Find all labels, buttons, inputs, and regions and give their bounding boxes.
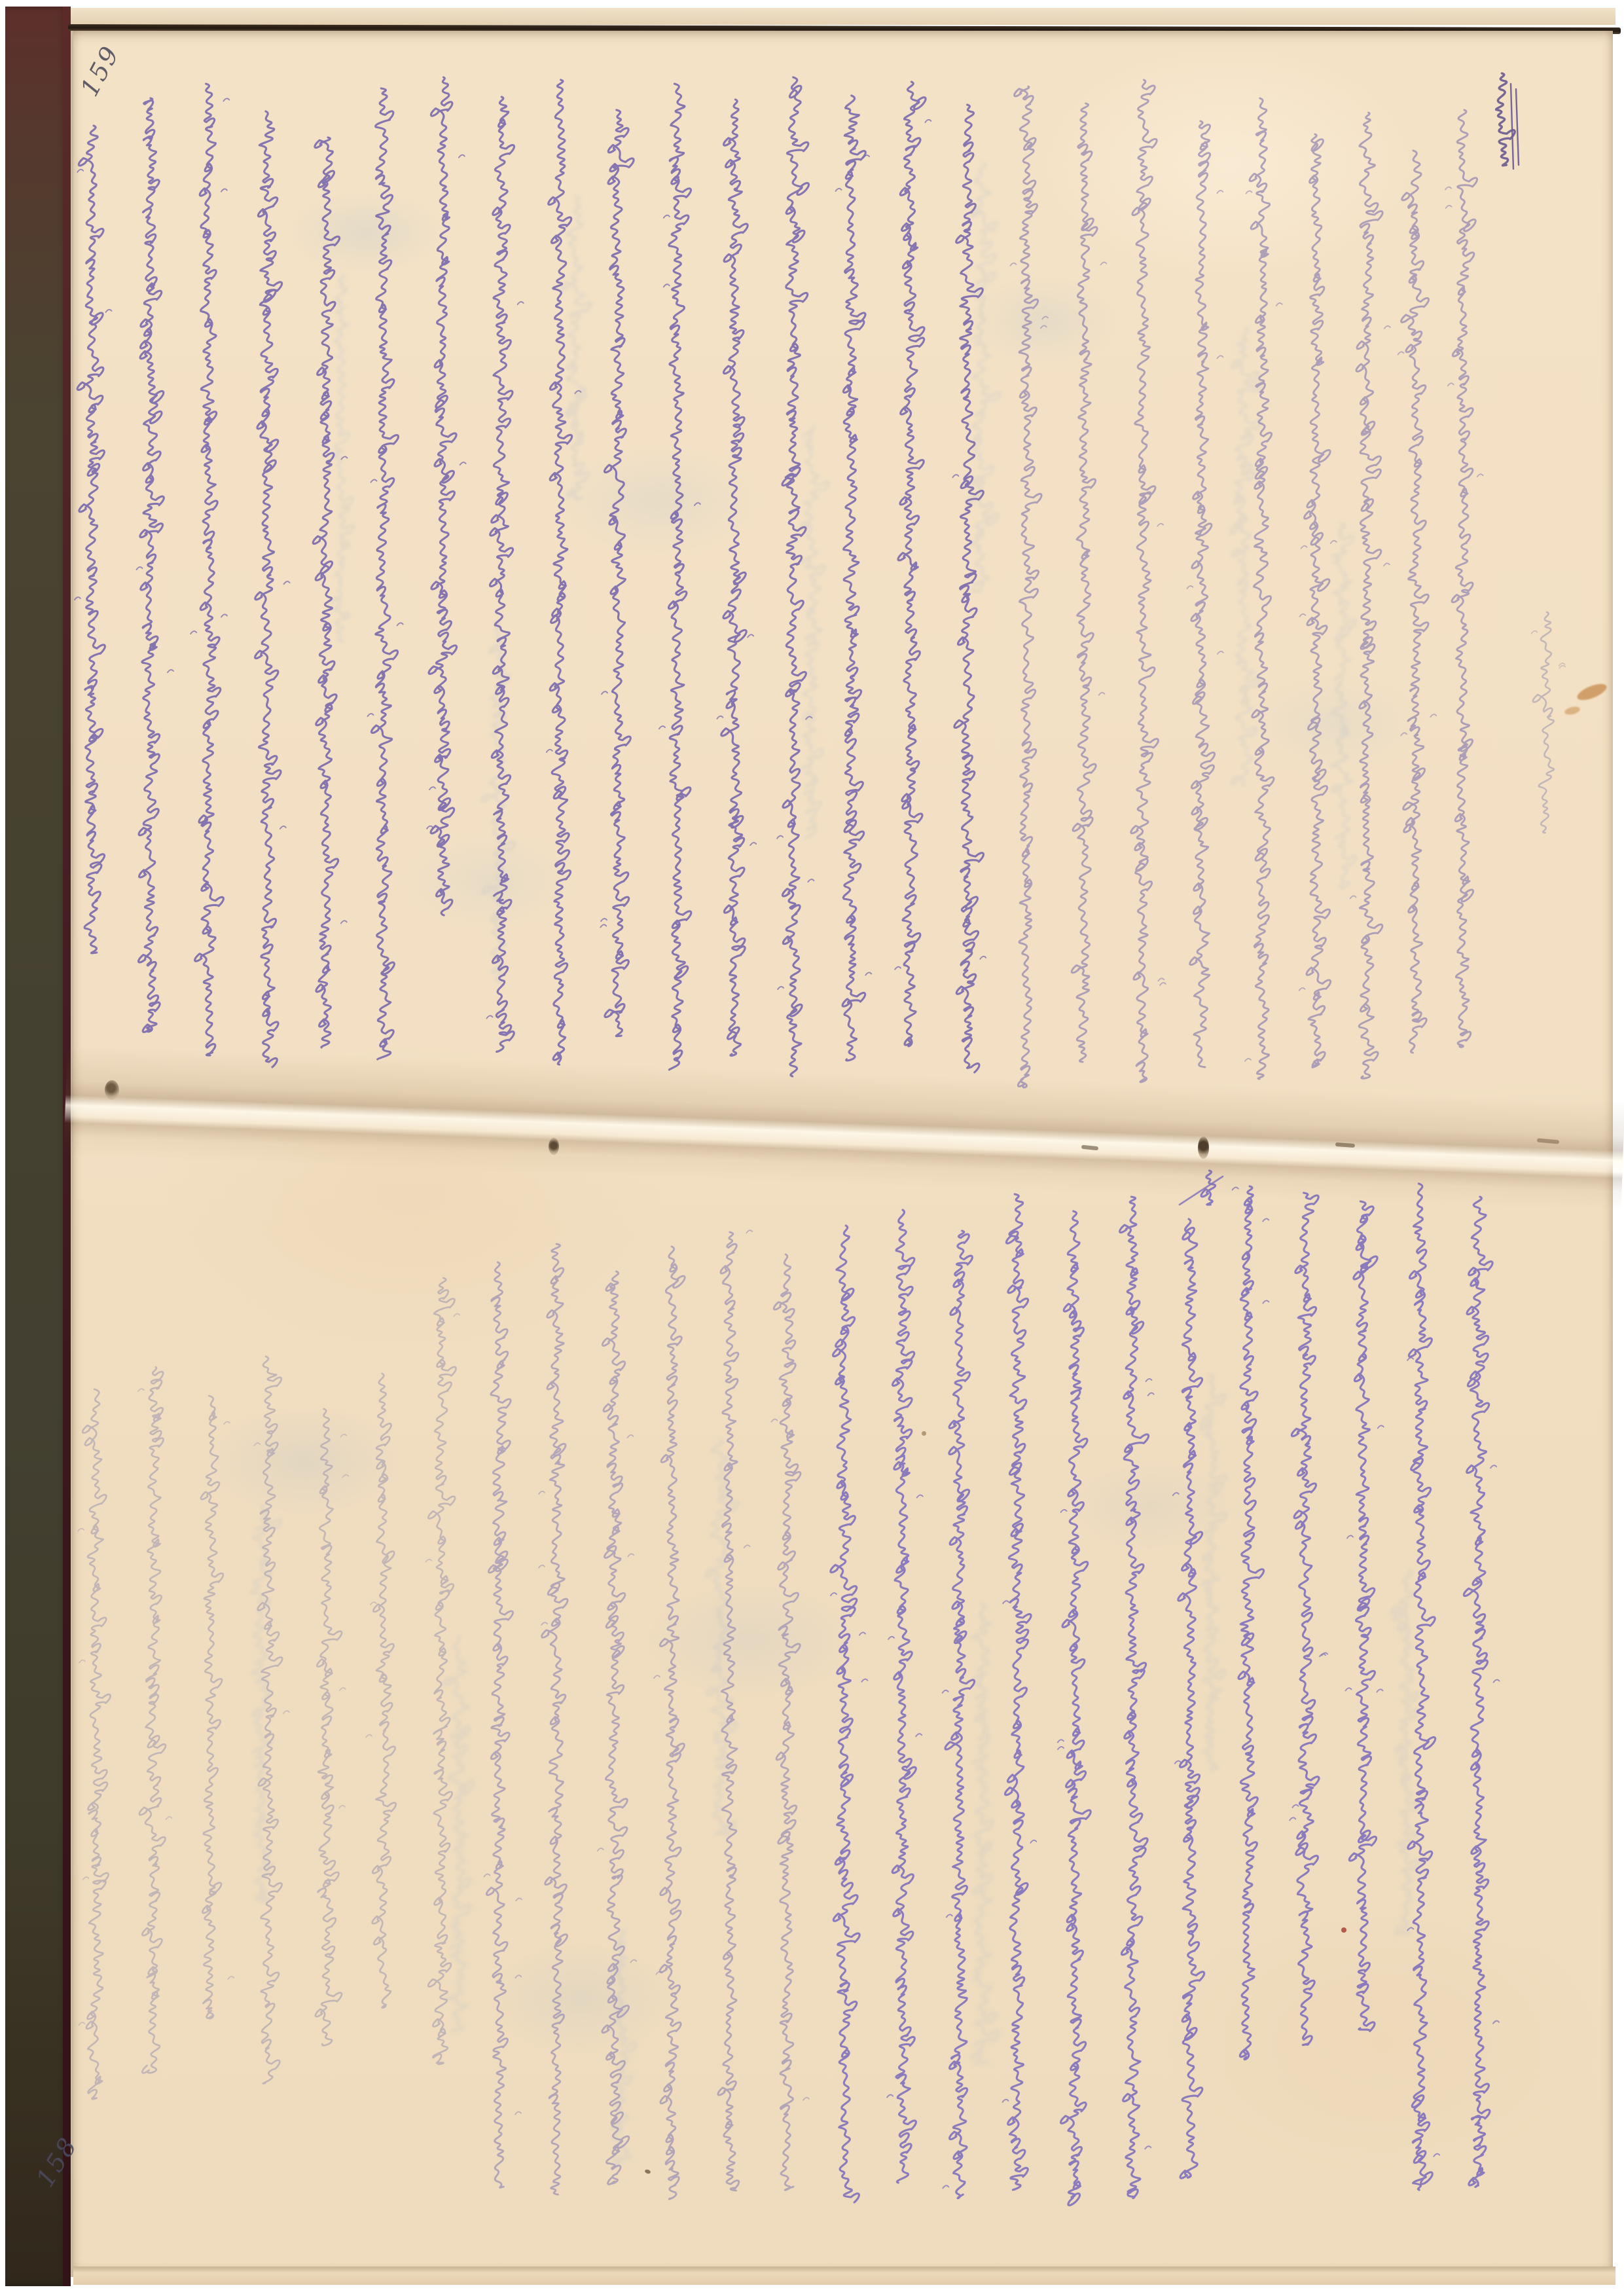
handwriting-stroke xyxy=(771,1419,777,1422)
handwriting-stroke xyxy=(972,1604,999,2064)
handwriting-stroke xyxy=(258,1357,283,2084)
handwriting-stroke xyxy=(341,920,347,923)
handwriting-stroke xyxy=(1384,326,1390,329)
handwriting-stroke xyxy=(454,1314,460,1317)
handwriting-stroke xyxy=(1058,1747,1064,1749)
binding-stitch-hole xyxy=(549,1138,559,1155)
handwriting-stroke xyxy=(695,503,700,505)
handwriting-stroke xyxy=(1299,614,1305,617)
handwriting-stroke xyxy=(1356,113,1382,1078)
handwriting-stroke xyxy=(166,1817,171,1819)
handwriting-stroke xyxy=(1263,1301,1269,1303)
handwriting-stroke xyxy=(750,843,756,845)
handwriting-stroke xyxy=(859,1632,865,1635)
handwriting-stroke xyxy=(515,1975,521,1978)
handwriting-stroke xyxy=(1377,1689,1383,1692)
handwriting-stroke xyxy=(516,1898,522,1901)
handwriting-stroke xyxy=(1401,151,1429,1053)
handwriting-stroke xyxy=(106,310,112,312)
handwriting-stroke xyxy=(1408,1184,1435,2190)
handwriting-stroke xyxy=(717,716,723,719)
handwriting-stroke xyxy=(1446,206,1452,208)
book-scan: 159 158 xyxy=(0,0,1624,2296)
handwriting-stroke xyxy=(1030,1840,1036,1843)
handwriting-stroke xyxy=(1158,978,1164,981)
handwriting-stroke xyxy=(831,1226,859,2202)
handwriting-stroke xyxy=(1445,187,1451,190)
handwriting-stroke xyxy=(801,426,829,838)
handwriting-stroke xyxy=(1148,1393,1154,1396)
handwriting-stroke xyxy=(482,622,515,982)
handwriting-stroke xyxy=(547,750,552,752)
handwriting-stroke xyxy=(1347,1535,1353,1538)
handwriting-stroke xyxy=(283,1711,289,1713)
handwriting-stroke xyxy=(980,957,986,959)
handwriting-stroke xyxy=(486,1262,513,2187)
handwriting-stroke xyxy=(861,1679,867,1682)
handwriting-stroke xyxy=(808,879,814,882)
handwriting-stroke xyxy=(836,189,842,191)
handwriting-stroke xyxy=(1217,191,1223,193)
handwriting-stroke xyxy=(1160,983,1166,985)
handwriting-stroke xyxy=(664,284,670,287)
handwriting-stroke xyxy=(1003,2100,1009,2102)
handwriting-stroke xyxy=(777,836,783,839)
handwriting-stroke xyxy=(1448,383,1454,386)
handwriting-stroke xyxy=(313,137,339,1048)
handwriting-stroke xyxy=(340,1688,346,1690)
handwriting-stroke xyxy=(79,2022,84,2025)
handwriting-stroke xyxy=(1145,2146,1151,2149)
handwriting-stroke xyxy=(459,155,465,158)
handwriting-stroke xyxy=(1178,1219,1204,2178)
handwriting-stroke xyxy=(444,1637,473,2030)
handwriting-stroke xyxy=(1331,541,1337,543)
handwriting-stroke xyxy=(659,726,665,729)
handwriting-stroke xyxy=(1146,1379,1152,1381)
binding-stitch-hole xyxy=(1198,1137,1209,1159)
handwriting-stroke xyxy=(887,2095,893,2098)
handwriting-stroke xyxy=(254,1443,260,1446)
handwriting-stroke xyxy=(549,80,572,1065)
handwriting-stroke xyxy=(1190,121,1215,1067)
handwriting-stroke xyxy=(664,215,670,218)
handwriting-stroke xyxy=(460,462,466,465)
handwriting-stroke xyxy=(1060,1211,1091,2205)
handwriting-stroke xyxy=(342,1475,348,1478)
binding-stitch-hole xyxy=(105,1080,119,1100)
handwriting-stroke xyxy=(1407,1358,1413,1360)
handwriting-stroke xyxy=(1494,1680,1500,1683)
handwriting-stroke xyxy=(371,88,398,1059)
handwriting-stroke xyxy=(1493,2021,1499,2024)
handwriting-stroke xyxy=(539,1565,545,1568)
handwriting-stroke xyxy=(224,1422,230,1425)
handwriting-stroke xyxy=(1005,1194,1031,2190)
handwriting-stroke xyxy=(865,972,871,975)
handwriting-stroke xyxy=(370,1602,376,1605)
handwriting-stroke xyxy=(366,1735,372,1738)
handwriting-stroke xyxy=(744,1545,750,1548)
handwriting-stroke xyxy=(1291,1193,1319,2045)
handwriting-stroke xyxy=(916,1734,922,1736)
handwriting-stroke xyxy=(518,302,524,304)
handwriting-stroke xyxy=(1464,1197,1492,2187)
handwriting-stroke xyxy=(1042,317,1048,319)
handwriting-stroke xyxy=(316,1409,342,2045)
handwriting-stroke xyxy=(925,120,931,122)
handwriting-stroke xyxy=(1100,263,1106,265)
handwriting-stroke xyxy=(1305,134,1331,1067)
handwriting-stroke xyxy=(1099,693,1105,695)
handwriting-stroke xyxy=(1398,352,1404,354)
handwriting-stroke xyxy=(1245,1059,1251,1061)
ink-speck xyxy=(1341,1927,1346,1933)
handwriting-stroke xyxy=(333,275,354,642)
handwriting-stroke xyxy=(601,919,607,921)
handwriting-stroke xyxy=(628,1435,634,1438)
handwriting-stroke xyxy=(1015,86,1042,1087)
handwriting-stroke xyxy=(1250,98,1274,1079)
handwriting-stroke xyxy=(600,924,606,927)
handwriting-stroke xyxy=(195,84,224,1055)
handwriting-stroke xyxy=(1218,355,1223,358)
handwriting-stroke xyxy=(842,96,865,1061)
handwriting-stroke xyxy=(888,1637,894,1639)
handwriting-stroke xyxy=(660,1247,685,2199)
handwriting-stroke xyxy=(372,1374,396,2008)
handwriting-stroke xyxy=(630,1960,636,1963)
ink-page-159 xyxy=(75,73,1565,1087)
handwriting-stroke xyxy=(654,1675,660,1678)
handwriting-stroke xyxy=(1175,1761,1181,1764)
handwriting-stroke xyxy=(917,1495,923,1498)
handwriting-stroke xyxy=(201,1396,223,2018)
handwriting-stroke xyxy=(1058,1740,1064,1742)
handwriting-stroke xyxy=(1490,1465,1496,1468)
handwriting-stroke xyxy=(397,623,403,625)
handwriting-stroke xyxy=(778,987,784,989)
handwriting-stroke xyxy=(1401,733,1407,735)
handwriting-stroke xyxy=(339,1806,345,1808)
handwriting-stroke xyxy=(1511,84,1513,169)
handwriting-stroke xyxy=(1299,988,1305,991)
handwriting-stroke xyxy=(515,2112,521,2115)
handwriting-stroke xyxy=(628,1554,634,1556)
handwriting-stroke xyxy=(223,98,229,101)
page-stack-edge-bottom xyxy=(73,2267,1615,2285)
handwriting-stroke xyxy=(1230,327,1262,786)
handwriting-stroke xyxy=(340,1434,346,1437)
handwriting-stroke xyxy=(1238,1186,1264,2060)
handwriting-stroke xyxy=(190,631,196,634)
handwriting-stroke xyxy=(539,1491,545,1494)
handwriting-stroke xyxy=(284,581,290,584)
handwriting-stroke xyxy=(1331,524,1356,888)
handwriting-stroke xyxy=(1532,631,1538,634)
handwriting-stroke xyxy=(1452,110,1477,1047)
handwriting-stroke xyxy=(1346,1688,1352,1690)
handwriting-stroke xyxy=(487,1015,493,1018)
handwriting-stroke xyxy=(75,597,81,600)
handwriting-stroke xyxy=(602,691,607,694)
handwriting-stroke xyxy=(429,77,457,915)
ink-page-158 xyxy=(78,1171,1499,2205)
handwriting-stroke xyxy=(429,787,435,790)
handwriting-stroke xyxy=(138,1389,144,1391)
handwriting-stroke xyxy=(1246,191,1252,194)
handwriting-stroke xyxy=(943,2185,948,2188)
handwriting-stroke xyxy=(782,77,809,1076)
handwriting-stroke xyxy=(803,2098,809,2100)
handwriting-stroke xyxy=(892,1210,916,2183)
handwriting-stroke xyxy=(541,1244,568,2195)
handwriting-stroke xyxy=(1173,1493,1179,1495)
handwriting-stroke xyxy=(484,1874,490,1877)
handwriting-stroke xyxy=(1061,1510,1067,1512)
ink-speck xyxy=(922,1431,926,1436)
handwriting-stroke xyxy=(1559,666,1565,668)
handwriting-stroke xyxy=(1276,303,1282,306)
handwriting-stroke xyxy=(139,1367,166,2073)
handwriting-stroke xyxy=(79,1660,85,1663)
handwriting-stroke xyxy=(228,1977,234,1979)
handwriting-stroke xyxy=(1120,1197,1149,2198)
handwriting-stroke xyxy=(1218,651,1223,654)
handwriting-stroke xyxy=(1200,1375,1226,1770)
handwriting-stroke xyxy=(1384,563,1390,566)
handwriting-stroke xyxy=(82,1389,111,2099)
handwriting-stroke xyxy=(1290,1817,1295,1820)
handwriting-stroke xyxy=(1157,524,1163,526)
handwriting-stroke xyxy=(490,97,514,1052)
handwriting-stroke xyxy=(1378,1425,1384,1428)
handwriting-stroke xyxy=(1003,1601,1009,1603)
handwriting-stroke xyxy=(721,100,748,1055)
handwriting-stroke xyxy=(83,1877,89,1880)
handwriting-stroke xyxy=(77,126,105,953)
handwriting-stroke xyxy=(598,1848,604,1851)
handwriting-stroke xyxy=(718,1232,739,2191)
handwriting-stroke xyxy=(562,196,591,500)
handwriting-stroke xyxy=(1041,325,1047,328)
handwriting-stroke xyxy=(1293,1805,1299,1808)
handwriting-stroke xyxy=(139,98,164,1032)
handwriting-stroke xyxy=(541,1622,547,1625)
handwriting-stroke xyxy=(168,670,173,672)
handwriting-stroke xyxy=(1350,896,1356,898)
handwriting-stroke xyxy=(746,1230,752,1233)
handwriting-stroke xyxy=(78,1529,84,1531)
handwriting-stroke xyxy=(943,1690,948,1693)
handwriting-stroke xyxy=(1072,103,1097,1062)
handwriting-stroke xyxy=(748,634,753,637)
handwriting-stroke xyxy=(1516,89,1519,165)
handwriting-stroke xyxy=(255,111,282,1067)
handwriting-stroke xyxy=(221,614,227,617)
handwriting-stroke xyxy=(221,189,227,192)
handwriting-stroke xyxy=(77,170,83,172)
handwriting-stroke xyxy=(1010,263,1016,266)
handwriting-stroke xyxy=(1430,714,1436,717)
handwriting-stroke xyxy=(1434,2154,1439,2157)
handwriting-stroke xyxy=(668,84,691,1070)
handwriting-stroke xyxy=(945,1231,975,2198)
handwriting-stroke xyxy=(604,110,634,1036)
handwriting-stroke xyxy=(898,82,926,1046)
handwriting-stroke xyxy=(371,480,377,483)
handwriting-stroke xyxy=(967,164,1000,592)
handwriting-stroke xyxy=(280,826,286,829)
handwriting-stroke xyxy=(774,1254,801,2190)
handwriting-stroke xyxy=(1187,586,1193,589)
handwriting-stroke xyxy=(342,456,348,459)
handwriting-stroke xyxy=(425,1559,431,1562)
handwriting-stroke xyxy=(831,1593,837,1595)
handwriting-stroke xyxy=(952,475,958,477)
handwriting-stroke xyxy=(1301,546,1307,549)
handwriting-stroke xyxy=(895,967,901,970)
handwriting-stroke xyxy=(1263,1218,1269,1221)
handwriting-stroke xyxy=(368,714,374,716)
handwriting-stroke xyxy=(137,567,143,570)
handwriting-stroke xyxy=(947,1914,952,1917)
handwriting-stroke xyxy=(1477,474,1483,477)
handwriting-stroke xyxy=(1131,80,1159,1082)
handwriting-stroke xyxy=(1349,1201,1377,2031)
handwriting-stroke xyxy=(1533,612,1554,833)
